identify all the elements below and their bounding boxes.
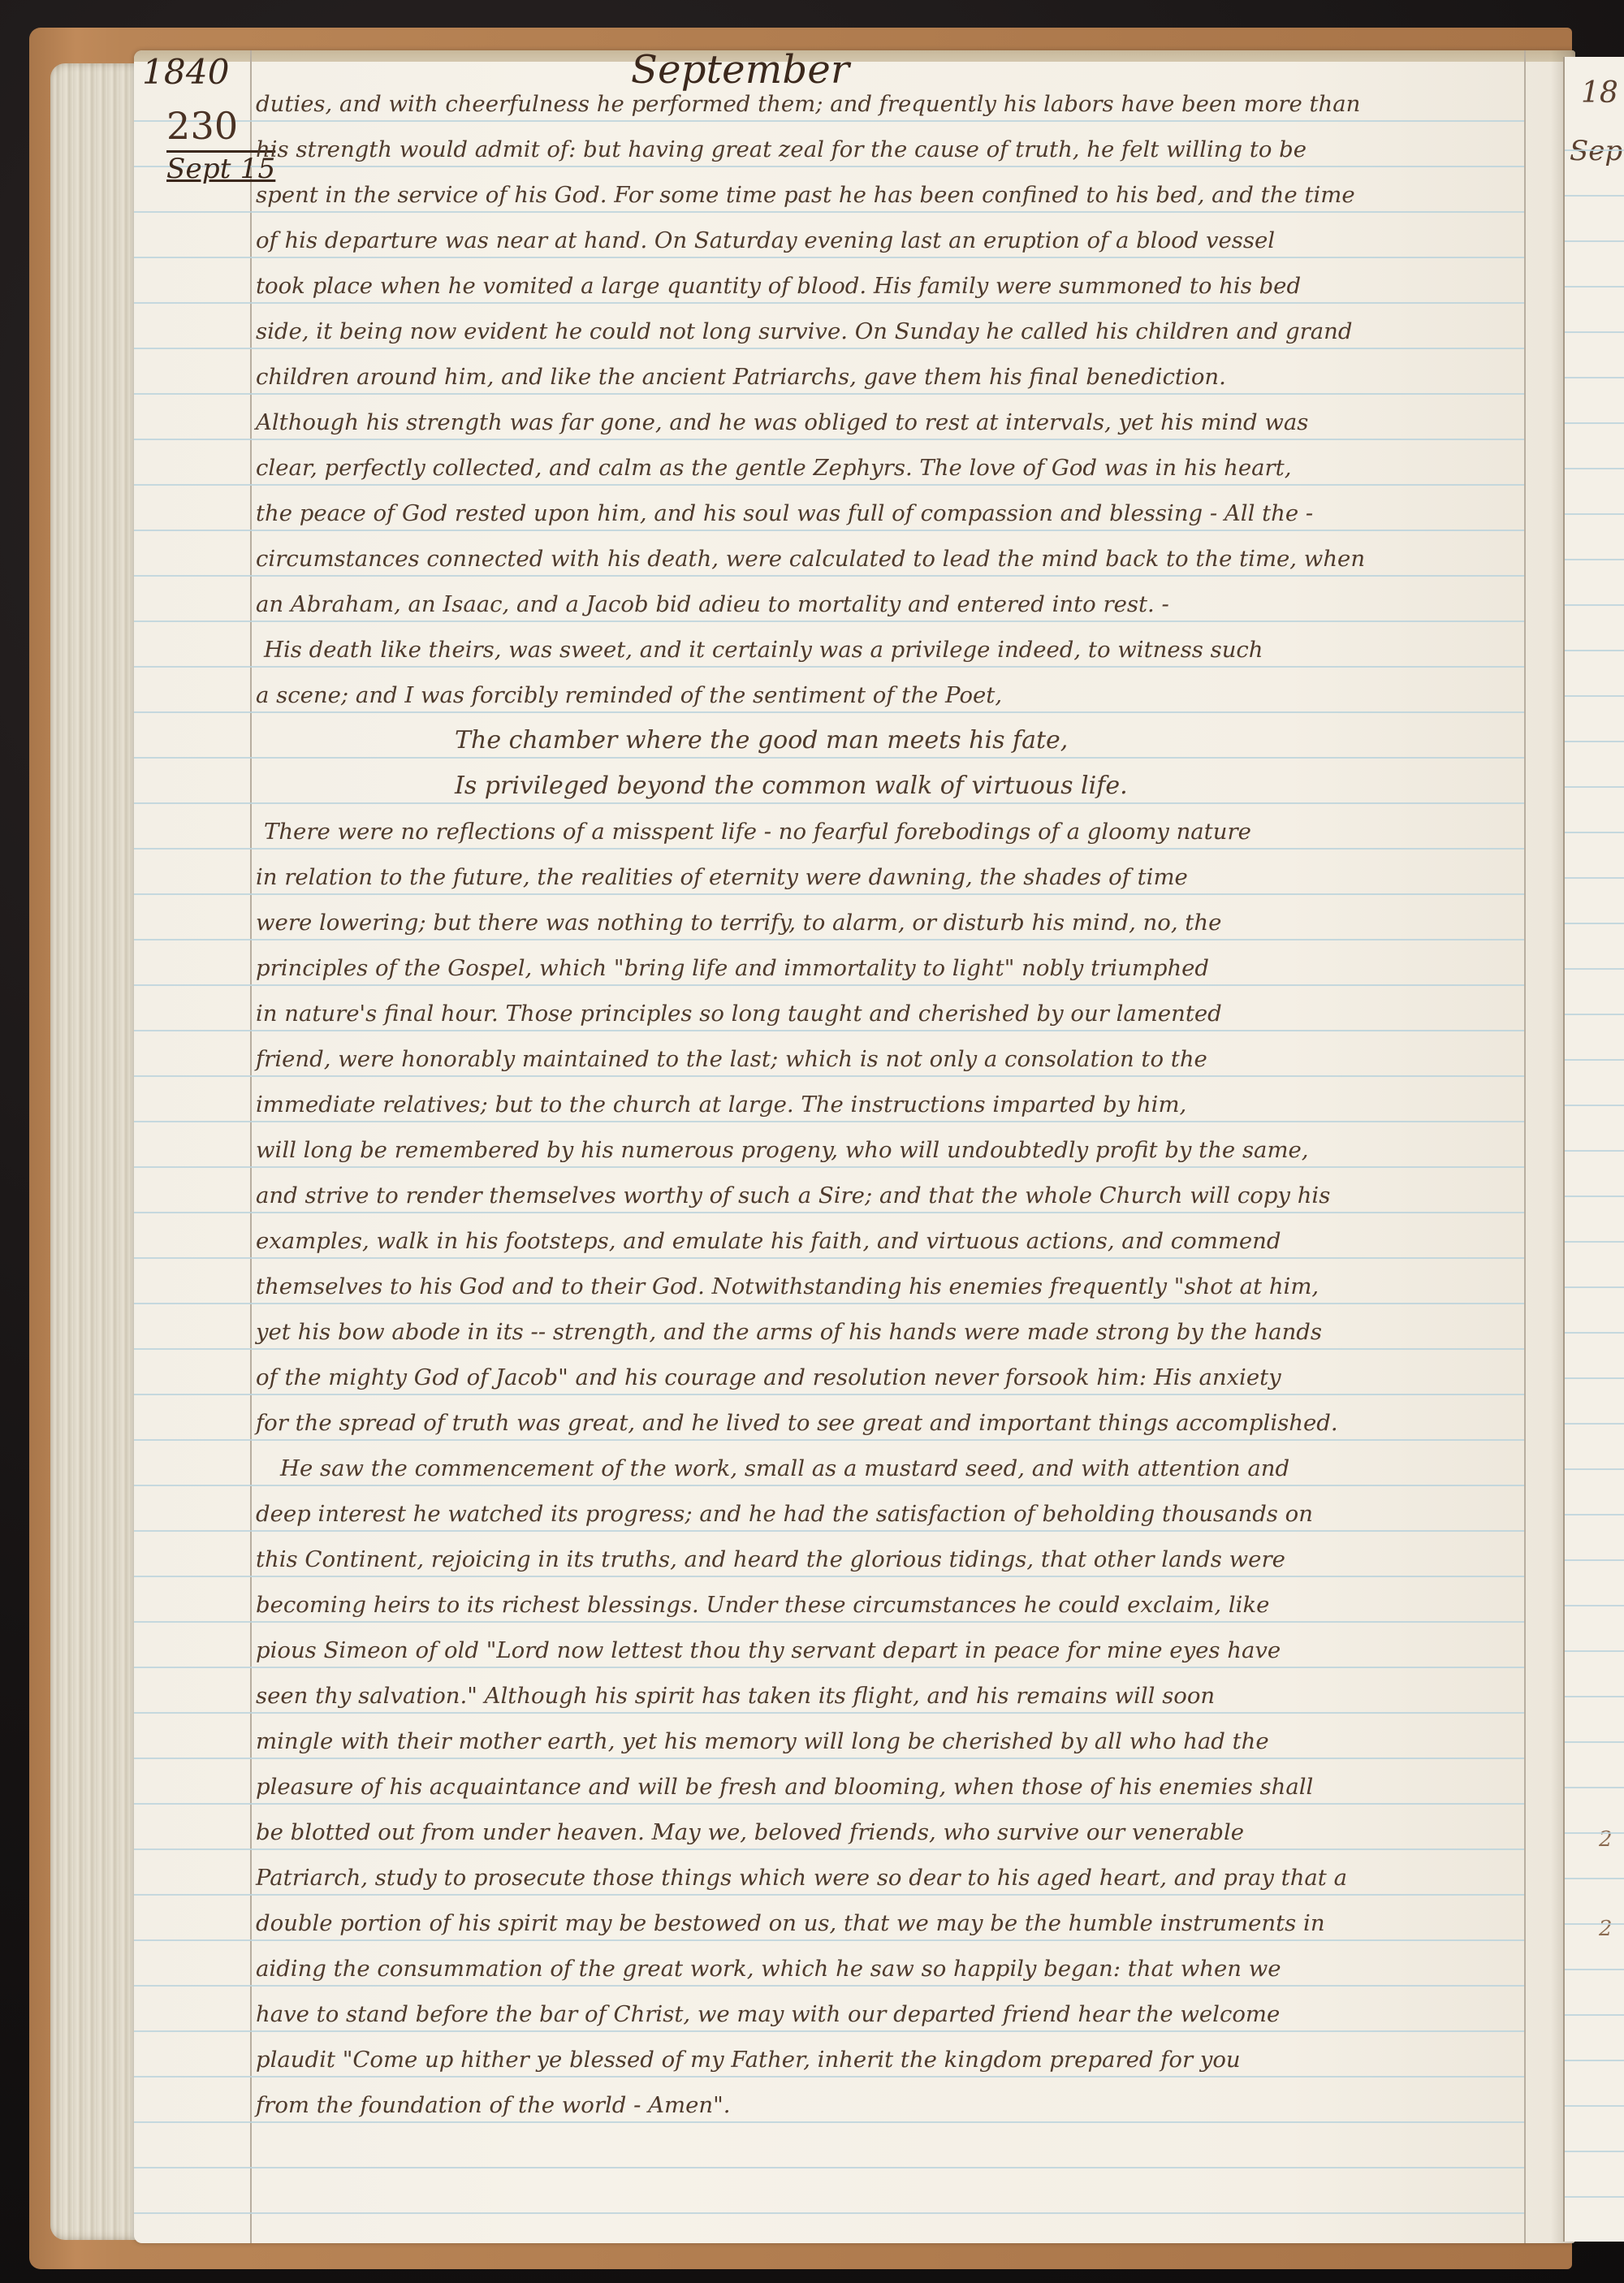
rule-line xyxy=(134,484,1524,486)
rule-line xyxy=(134,1075,1524,1077)
text-line: double portion of his spirit may be best… xyxy=(256,1910,1325,1936)
rule-line xyxy=(134,620,1524,622)
text-line: an Abraham, an Isaac, and a Jacob bid ad… xyxy=(256,591,1169,617)
text-line: spent in the service of his God. For som… xyxy=(256,182,1355,208)
rule-line xyxy=(1565,650,1624,651)
rule-line xyxy=(134,893,1524,895)
text-line: Although his strength was far gone, and … xyxy=(256,409,1308,435)
rule-line xyxy=(1565,1059,1624,1061)
rule-line xyxy=(134,1485,1524,1486)
month-heading: September xyxy=(631,50,849,93)
torn-top-edge xyxy=(134,50,1575,62)
rule-line xyxy=(1565,240,1624,242)
next-page-mark: 2 xyxy=(1599,1827,1613,1852)
rule-line xyxy=(1565,1468,1624,1470)
text-line: deep interest he watched its progress; a… xyxy=(256,1501,1313,1527)
text-line: pious Simeon of old "Lord now lettest th… xyxy=(256,1637,1281,1663)
rule-line xyxy=(134,666,1524,668)
rule-line xyxy=(1565,2196,1624,2198)
rule-line xyxy=(134,757,1524,759)
next-page-year: 18 xyxy=(1581,76,1618,110)
next-page-date: Sept xyxy=(1570,135,1624,167)
rule-line xyxy=(134,302,1524,304)
rule-line xyxy=(1565,741,1624,742)
rule-line xyxy=(1565,1423,1624,1425)
text-line: mingle with their mother earth, yet his … xyxy=(256,1728,1269,1754)
right-margin-rule xyxy=(1524,50,1526,2243)
rule-line xyxy=(1565,195,1624,197)
rule-line xyxy=(1565,1559,1624,1561)
rule-line xyxy=(134,802,1524,804)
rule-line xyxy=(1565,786,1624,788)
rule-line xyxy=(134,1621,1524,1623)
rule-line xyxy=(134,1894,1524,1896)
text-line: becoming heirs to its richest blessings.… xyxy=(256,1592,1269,1618)
rule-line xyxy=(134,1576,1524,1577)
rule-line xyxy=(134,575,1524,577)
rule-line xyxy=(134,530,1524,531)
rule-line xyxy=(1565,1196,1624,1197)
text-line: a scene; and I was forcibly reminded of … xyxy=(256,682,1002,708)
rule-line xyxy=(1565,2014,1624,2016)
rule-line xyxy=(134,1439,1524,1441)
rule-line xyxy=(134,1712,1524,1714)
rule-line xyxy=(134,393,1524,395)
rule-line xyxy=(1565,559,1624,560)
rule-line xyxy=(134,1030,1524,1031)
text-line: immediate relatives; but to the church a… xyxy=(256,1092,1186,1118)
rule-line xyxy=(134,984,1524,986)
rule-line xyxy=(134,348,1524,349)
text-line: side, it being now evident he could not … xyxy=(256,318,1352,344)
rule-line xyxy=(1565,1650,1624,1652)
rule-line xyxy=(1565,1741,1624,1743)
rule-line xyxy=(1565,377,1624,378)
text-line: from the foundation of the world - Amen"… xyxy=(256,2092,730,2118)
text-line: in relation to the future, the realities… xyxy=(256,864,1188,890)
rule-line xyxy=(134,1348,1524,1350)
rule-line xyxy=(1565,604,1624,606)
rule-line xyxy=(1565,1969,1624,1970)
text-line: seen thy salvation." Although his spirit… xyxy=(256,1683,1215,1709)
text-line: themselves to his God and to their God. … xyxy=(256,1273,1319,1299)
rule-line xyxy=(1565,513,1624,515)
rule-line xyxy=(1565,1150,1624,1152)
text-line: There were no reflections of a misspent … xyxy=(264,819,1251,845)
text-line: Patriarch, study to prosecute those thin… xyxy=(256,1865,1347,1891)
rule-line xyxy=(1565,1696,1624,1697)
next-page-mark: 2 xyxy=(1599,1917,1613,1941)
text-line: will long be remembered by his numerous … xyxy=(256,1137,1309,1163)
rule-line xyxy=(134,1848,1524,1850)
rule-line xyxy=(1565,832,1624,833)
text-line: plaudit "Come up hither ye blessed of my… xyxy=(256,2047,1241,2073)
rule-line xyxy=(134,1939,1524,1941)
rule-line xyxy=(134,1803,1524,1805)
rule-line xyxy=(134,1394,1524,1395)
text-line: children around him, and like the ancien… xyxy=(256,364,1226,390)
text-line: and strive to render themselves worthy o… xyxy=(256,1183,1330,1209)
rule-line xyxy=(1565,877,1624,879)
text-line: yet his bow abode in its -- strength, an… xyxy=(256,1319,1322,1345)
rule-line xyxy=(134,1530,1524,1532)
rule-line xyxy=(134,848,1524,850)
rule-line xyxy=(134,1985,1524,1987)
text-line: circumstances connected with his death, … xyxy=(256,546,1365,572)
rule-line xyxy=(134,166,1524,167)
rule-line xyxy=(134,1758,1524,1759)
rule-line xyxy=(134,1667,1524,1668)
rule-line xyxy=(134,2212,1524,2214)
rule-line xyxy=(1565,923,1624,924)
text-line: were lowering; but there was nothing to … xyxy=(256,910,1221,936)
rule-line xyxy=(1565,1514,1624,1516)
rule-line xyxy=(134,1303,1524,1304)
text-line: duties, and with cheerfulness he perform… xyxy=(256,91,1360,117)
rule-line xyxy=(1565,468,1624,469)
rule-line xyxy=(1565,1878,1624,1879)
text-line: examples, walk in his footsteps, and emu… xyxy=(256,1228,1281,1254)
text-line: He saw the commencement of the work, sma… xyxy=(280,1455,1289,1481)
rule-line xyxy=(1565,1105,1624,1106)
rule-line xyxy=(1565,2105,1624,2107)
text-line: took place when he vomited a large quant… xyxy=(256,273,1301,299)
text-line: be blotted out from under heaven. May we… xyxy=(256,1819,1244,1845)
rule-line xyxy=(1565,1014,1624,1015)
rule-line xyxy=(134,257,1524,258)
rule-line xyxy=(1565,1605,1624,1606)
rule-line xyxy=(1565,1332,1624,1334)
next-page-edge: 18 Sept 2 2 xyxy=(1563,57,1624,2242)
left-margin-rule xyxy=(250,50,252,2243)
text-line: His death like theirs, was sweet, and it… xyxy=(264,637,1263,663)
rule-line xyxy=(134,211,1524,213)
text-line: pleasure of his acquaintance and will be… xyxy=(256,1774,1313,1800)
rule-line xyxy=(1565,422,1624,424)
text-line: for the spread of truth was great, and h… xyxy=(256,1410,1338,1436)
rule-line xyxy=(1565,286,1624,288)
text-line: friend, were honorably maintained to the… xyxy=(256,1046,1207,1072)
rule-line xyxy=(134,439,1524,440)
rule-line xyxy=(134,1257,1524,1259)
rule-line xyxy=(134,711,1524,713)
poem-line: The chamber where the good man meets his… xyxy=(455,726,1068,755)
rule-line xyxy=(1565,149,1624,151)
rule-line xyxy=(134,1166,1524,1168)
text-line: his strength would admit of: but having … xyxy=(256,136,1307,162)
text-line: principles of the Gospel, which "bring l… xyxy=(256,955,1209,981)
rule-line xyxy=(134,939,1524,940)
text-line: aiding the consummation of the great wor… xyxy=(256,1956,1281,1982)
text-line: of the mighty God of Jacob" and his cour… xyxy=(256,1364,1281,1390)
rule-line xyxy=(134,1212,1524,1213)
rule-line xyxy=(1565,2151,1624,2152)
rule-line xyxy=(134,2076,1524,2078)
text-line: clear, perfectly collected, and calm as … xyxy=(256,455,1291,481)
text-line: of his departure was near at hand. On Sa… xyxy=(256,227,1275,253)
rule-line xyxy=(134,2121,1524,2123)
rule-line xyxy=(1565,968,1624,970)
rule-line xyxy=(1565,1832,1624,1834)
rule-line xyxy=(134,2030,1524,2032)
rule-line xyxy=(1565,1241,1624,1243)
journal-page: 1840 September 230 Sept 15 duties, and w… xyxy=(134,50,1575,2243)
rule-line xyxy=(1565,1923,1624,1925)
text-line: this Continent, rejoicing in its truths,… xyxy=(256,1546,1285,1572)
rule-line xyxy=(134,2167,1524,2168)
rule-line xyxy=(1565,331,1624,333)
rule-line xyxy=(1565,1377,1624,1379)
rule-line xyxy=(134,1121,1524,1122)
page-number: 230 xyxy=(166,104,238,148)
rule-line xyxy=(1565,2060,1624,2061)
rule-line xyxy=(134,120,1524,122)
year-heading: 1840 xyxy=(142,52,230,92)
rule-line xyxy=(1565,1286,1624,1288)
text-line: the peace of God rested upon him, and hi… xyxy=(256,500,1313,526)
text-line: in nature's final hour. Those principles… xyxy=(256,1001,1222,1027)
rule-line xyxy=(1565,695,1624,697)
poem-line: Is privileged beyond the common walk of … xyxy=(455,772,1128,800)
text-line: have to stand before the bar of Christ, … xyxy=(256,2001,1280,2027)
rule-line xyxy=(1565,1787,1624,1788)
